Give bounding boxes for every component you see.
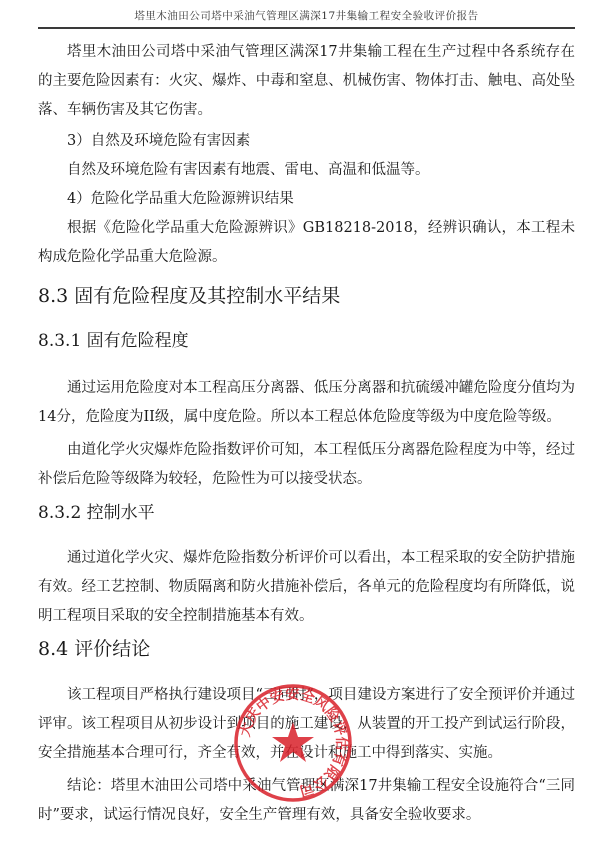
- paragraph-8-3-1-a: 通过运用危险度对本工程高压分离器、低压分离器和抗硫缓冲罐危险度分值均为14分，危…: [38, 374, 575, 432]
- item-3-title: 3）自然及环境危险有害因素: [38, 127, 575, 156]
- paragraph-8-4-b: 结论：塔里木油田公司塔中采油气管理区满深17井集输工程安全设施符合“三同时”要求…: [38, 772, 575, 830]
- section-heading-8-3-1: 8.3.1 固有危险程度: [38, 328, 575, 354]
- section-heading-8-4: 8.4 评价结论: [38, 635, 575, 663]
- paragraph-main-hazards: 塔里木油田公司塔中采油气管理区满深17井集输工程在生产过程中各系统存在的主要危险…: [38, 38, 575, 125]
- header-divider: [38, 27, 575, 29]
- section-heading-8-3: 8.3 固有危险程度及其控制水平结果: [38, 282, 575, 310]
- item-4-text: 根据《危险化学品重大危险源辨识》GB18218-2018，经辨识确认，本工程未构…: [38, 214, 575, 272]
- paragraph-8-3-1-b: 由道化学火灾爆炸危险指数评价可知，本工程低压分离器危险程度为中等，经过补偿后危险…: [38, 436, 575, 494]
- page-header: 塔里木油田公司塔中采油气管理区满深17井集输工程安全验收评价报告: [38, 8, 575, 23]
- document-body: 塔里木油田公司塔中采油气管理区满深17井集输工程在生产过程中各系统存在的主要危险…: [38, 36, 575, 830]
- paragraph-8-3-2: 通过道化学火灾、爆炸危险指数分析评价可以看出，本工程采取的安全防护措施有效。经工…: [38, 544, 575, 631]
- item-3-text: 自然及环境危险有害因素有地震、雷电、高温和低温等。: [38, 156, 575, 185]
- item-4-title: 4）危险化学品重大危险源辨识结果: [38, 185, 575, 214]
- paragraph-8-4-a: 该工程项目严格执行建设项目“三同时”，项目建设方案进行了安全预评价并通过评审。该…: [38, 681, 575, 768]
- section-heading-8-3-2: 8.3.2 控制水平: [38, 500, 575, 526]
